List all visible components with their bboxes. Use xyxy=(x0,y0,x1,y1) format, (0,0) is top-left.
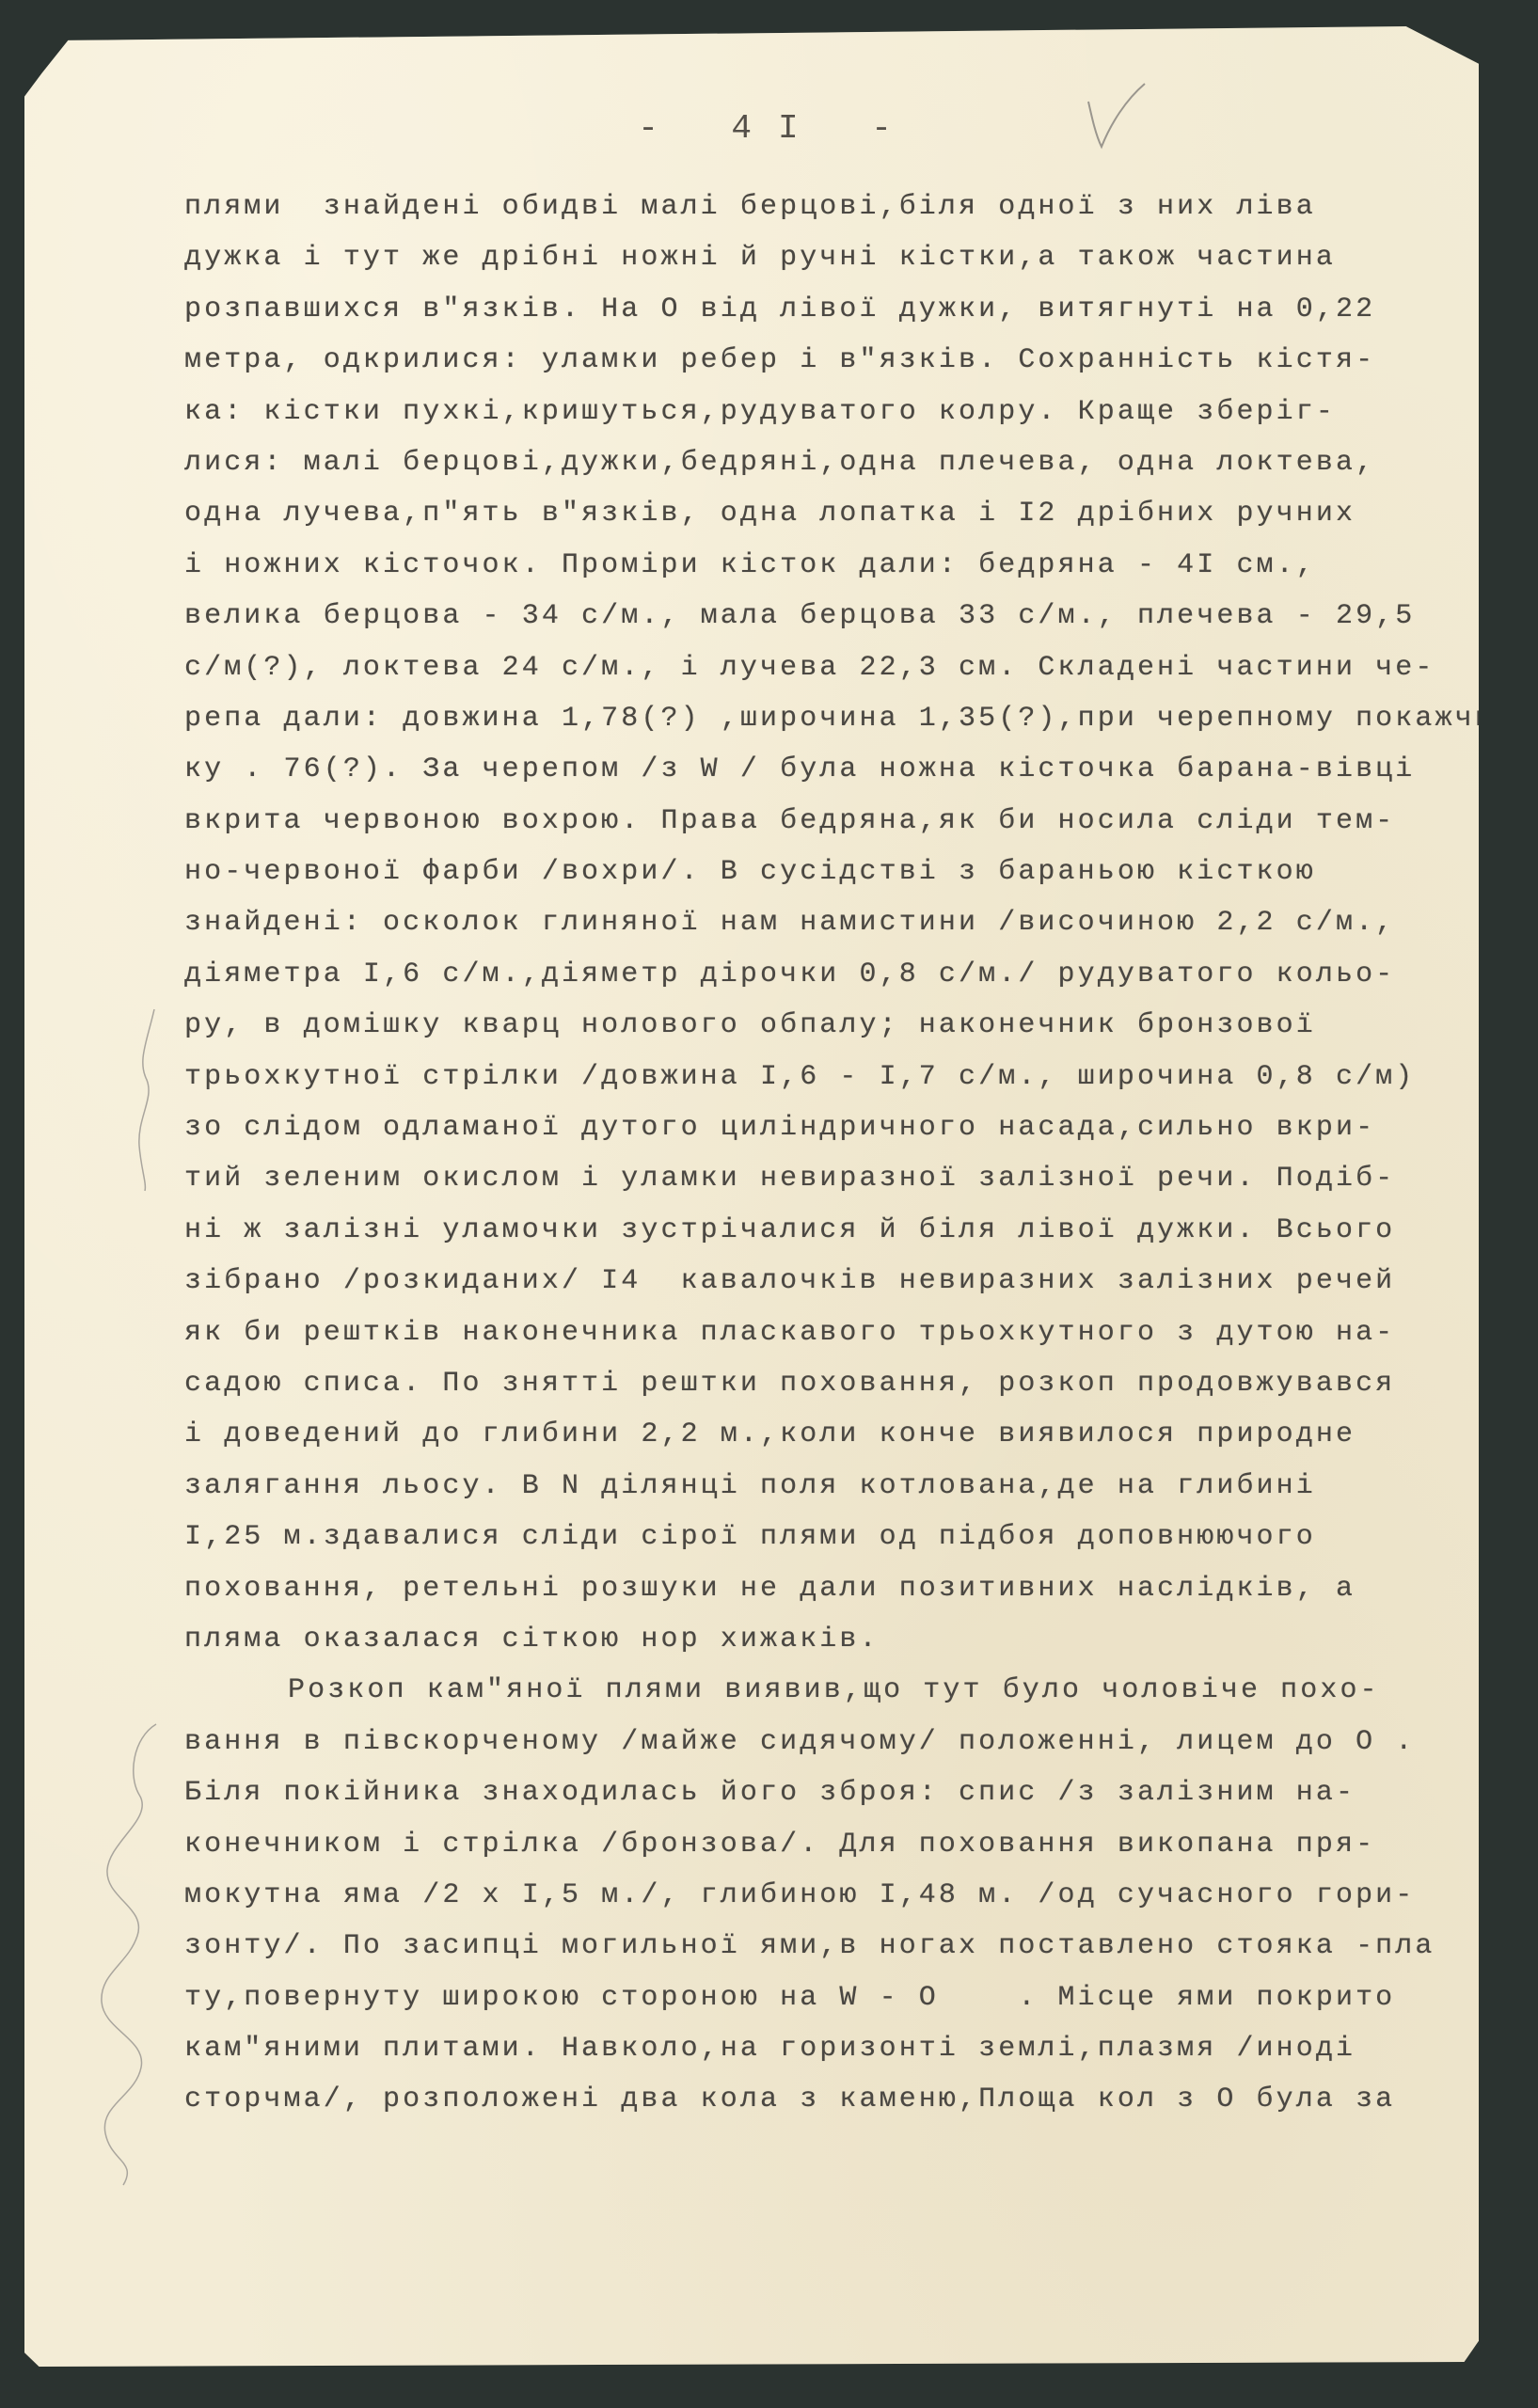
text-line: ру, в домішку кварц нолового обпалу; нак… xyxy=(184,1000,1483,1051)
text-line: і ножних кісточок. Проміри кісток дали: … xyxy=(184,540,1483,591)
check-mark-icon xyxy=(1083,81,1149,151)
text-line: тий зеленим окислом і уламки невиразної … xyxy=(184,1153,1483,1204)
text-line: пляма оказалася сіткою нор хижаків. xyxy=(184,1614,1483,1665)
text-line: вання в півскорченому /майже сидячому/ п… xyxy=(184,1717,1483,1767)
text-line: конечником і стрілка /бронзова/. Для пох… xyxy=(184,1819,1483,1870)
text-line: кам"яними плитами. Навколо,на горизонті … xyxy=(184,2023,1483,2074)
text-line: ту,повернуту широкою стороною на W - O .… xyxy=(184,1972,1483,2023)
document-page: - 4I - плями знайдені обидві малі берцов… xyxy=(24,26,1479,2367)
text-line: лися: малі берцові,дужки,бедряні,одна пл… xyxy=(184,437,1483,488)
text-line: Біля покійника знаходилась його зброя: с… xyxy=(184,1767,1483,1818)
text-line: мокутна яма /2 х I,5 м./, глибиною I,48 … xyxy=(184,1870,1483,1921)
text-line: репа дали: довжина 1,78(?) ,широчина 1,3… xyxy=(184,693,1483,744)
text-line: поховання, ретельні розшуки не дали пози… xyxy=(184,1563,1483,1614)
text-line: залягання льосу. В N ділянці поля котлов… xyxy=(184,1461,1483,1512)
text-line: садою списа. По знятті рештки поховання,… xyxy=(184,1358,1483,1409)
text-line: зібрано /розкиданих/ I4 кавалочків невир… xyxy=(184,1256,1483,1307)
text-line: дужка і тут же дрібні ножні й ручні кіст… xyxy=(184,232,1483,283)
text-line: I,25 м.здавалися сліди сірої плями од пі… xyxy=(184,1512,1483,1562)
text-line: діяметра I,6 с/м.,діяметр дірочки 0,8 с/… xyxy=(184,949,1483,1000)
text-line: с/м(?), локтева 24 с/м., і лучева 22,3 с… xyxy=(184,642,1483,693)
text-line: ні ж залізні уламочки зустрічалися й біл… xyxy=(184,1205,1483,1256)
paragraph-start-line: Розкоп кам"яної плями виявив,що тут було… xyxy=(184,1665,1483,1716)
text-line: одна лучева,п"ять в"язків, одна лопатка … xyxy=(184,488,1483,539)
typed-text-body: плями знайдені обидві малі берцові,біля … xyxy=(184,182,1483,2126)
text-line: ку . 76(?). За черепом /з W / була ножна… xyxy=(184,744,1483,795)
text-line: велика берцова - 34 с/м., мала берцова 3… xyxy=(184,591,1483,642)
text-line: вкрита червоною вохрою. Права бедряна,як… xyxy=(184,796,1483,847)
text-line: розпавшихся в"язків. На O від лівої дужк… xyxy=(184,284,1483,335)
text-line: зонту/. По засипці могильної ями,в ногах… xyxy=(184,1921,1483,1972)
text-line: зо слідом одламаної дутого циліндричного… xyxy=(184,1102,1483,1153)
text-line: трьохкутної стрілки /довжина I,6 - I,7 с… xyxy=(184,1052,1483,1102)
text-line: сторчма/, розположені два кола з каменю,… xyxy=(184,2074,1483,2125)
left-brace-pencil-mark-icon xyxy=(119,1005,166,1193)
wavy-pencil-line-icon xyxy=(81,1719,166,2190)
text-line: плями знайдені обидві малі берцові,біля … xyxy=(184,182,1483,232)
text-line: знайдені: осколок глиняної нам намистини… xyxy=(184,897,1483,948)
text-line: ка: кістки пухкі,кришуться,рудуватого ко… xyxy=(184,387,1483,437)
text-line: як би рештків наконечника пласкавого трь… xyxy=(184,1307,1483,1358)
text-line: но-червоної фарби /вохри/. В сусідстві з… xyxy=(184,847,1483,897)
page-number: - 4I - xyxy=(24,109,1505,148)
text-line: метра, одкрилися: уламки ребер і в"язків… xyxy=(184,335,1483,386)
text-line: і доведений до глибини 2,2 м.,коли конче… xyxy=(184,1409,1483,1460)
